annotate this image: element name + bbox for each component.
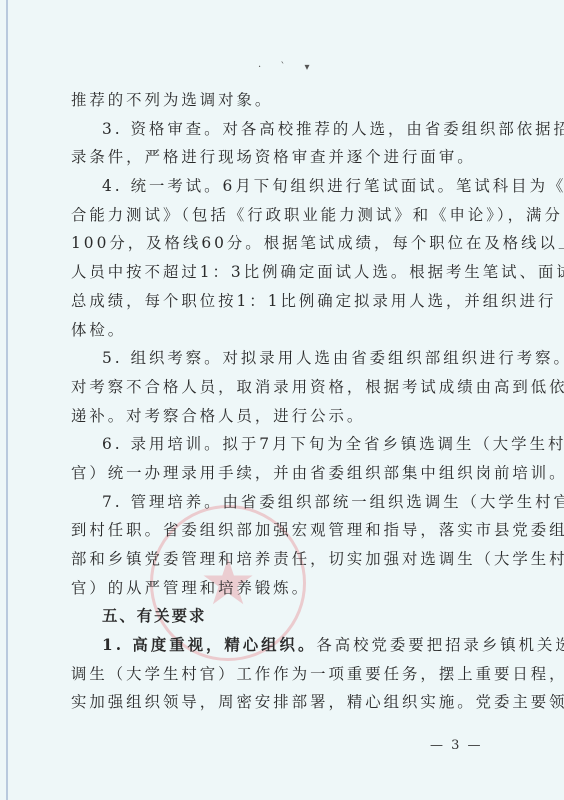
text-line: 5. 组织考察。对拟录用人选由省委组织部组织进行考察。 [71, 344, 491, 373]
text-line: 4. 统一考试。6月下旬组织进行笔试面试。笔试科目为《综 [71, 172, 491, 201]
text-line: 100分，及格线60分。根据笔试成绩，每个职位在及格线以上 [71, 229, 491, 258]
text-line: 1. 高度重视，精心组织。各高校党委要把招录乡镇机关选 [71, 631, 491, 660]
text-line: 总成绩，每个职位按1：1比例确定拟录用人选，并组织进行 [71, 287, 491, 316]
text-line: 到村任职。省委组织部加强宏观管理和指导，落实市县党委组织 [71, 516, 491, 545]
text-line: 部和乡镇党委管理和培养责任，切实加强对选调生（大学生村 [71, 545, 491, 574]
text-line: 6. 录用培训。拟于7月下旬为全省乡镇选调生（大学生村 [71, 430, 491, 459]
text-line: 调生（大学生村官）工作作为一项重要任务，摆上重要日程，切 [71, 660, 491, 689]
page-number: — 3 — [430, 738, 483, 753]
document-body: 推荐的不列为选调对象。 3. 资格审查。对各高校推荐的人选，由省委组织部依据招 … [71, 86, 491, 717]
text-line: 对考察不合格人员，取消录用资格，根据考试成绩由高到低依次 [71, 373, 491, 402]
text-line: 3. 资格审查。对各高校推荐的人选，由省委组织部依据招 [71, 115, 491, 144]
text-line: 人员中按不超过1：3比例确定面试人选。根据考生笔试、面试 [71, 258, 491, 287]
paragraph-text: 各高校党委要把招录乡镇机关选 [316, 636, 564, 654]
text-line: 7. 管理培养。由省委组织部统一组织选调生（大学生村官） [71, 488, 491, 517]
section-heading: 五、有关要求 [71, 602, 491, 631]
text-line: 推荐的不列为选调对象。 [71, 86, 491, 115]
text-line: 体检。 [71, 316, 491, 345]
text-line: 官）统一办理录用手续，并由省委组织部集中组织岗前培训。 [71, 459, 491, 488]
text-line: 实加强组织领导，周密安排部署，精心组织实施。党委主要领导 [71, 688, 491, 717]
text-line: 递补。对考察合格人员，进行公示。 [71, 402, 491, 431]
paragraph-lead: 1. 高度重视，精心组织。 [102, 636, 316, 654]
page-edge-border [6, 0, 8, 800]
text-line: 官）的从严管理和培养锻炼。 [71, 574, 491, 603]
text-line: 合能力测试》（包括《行政职业能力测试》和《申论》），满分 [71, 201, 491, 230]
scan-marks: · ˋ ▾ [258, 62, 318, 73]
text-line: 录条件，严格进行现场资格审查并逐个进行面审。 [71, 143, 491, 172]
